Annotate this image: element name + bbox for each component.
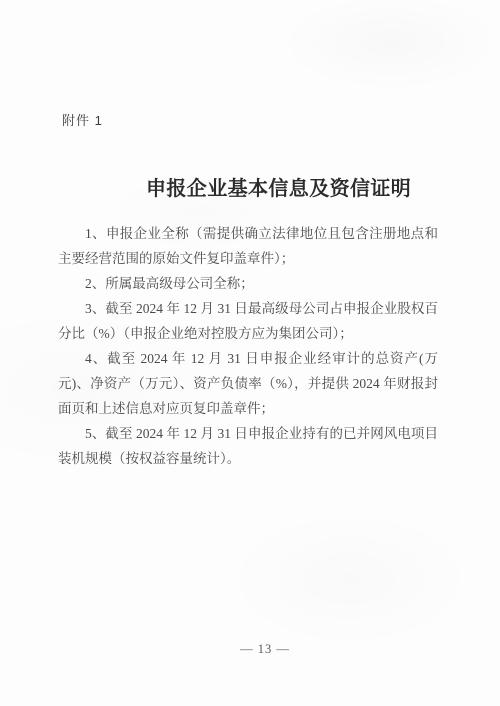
paragraph-2: 2、所属最高级母公司全称； [58, 271, 438, 296]
paragraph-4: 4、截至 2024 年 12 月 31 日申报企业经审计的总资产(万元)、净资产… [58, 346, 438, 421]
attachment-label: 附件 1 [62, 111, 103, 131]
paragraph-3: 3、截至 2024 年 12 月 31 日最高级母公司占申报企业股权百分比（%）… [58, 296, 438, 346]
document-body: 1、申报企业全称（需提供确立法律地位且包含注册地点和主要经营范围的原始文件复印盖… [58, 221, 438, 471]
paragraph-1: 1、申报企业全称（需提供确立法律地位且包含注册地点和主要经营范围的原始文件复印盖… [58, 221, 438, 271]
page-title: 申报企业基本信息及资信证明 [146, 174, 411, 204]
paragraph-5: 5、截至 2024 年 12 月 31 日申报企业持有的已并网风电项目装机规模（… [58, 421, 438, 471]
document-page: 附件 1 申报企业基本信息及资信证明 1、申报企业全称（需提供确立法律地位且包含… [0, 0, 500, 706]
page-number: — 13 — [0, 641, 500, 657]
